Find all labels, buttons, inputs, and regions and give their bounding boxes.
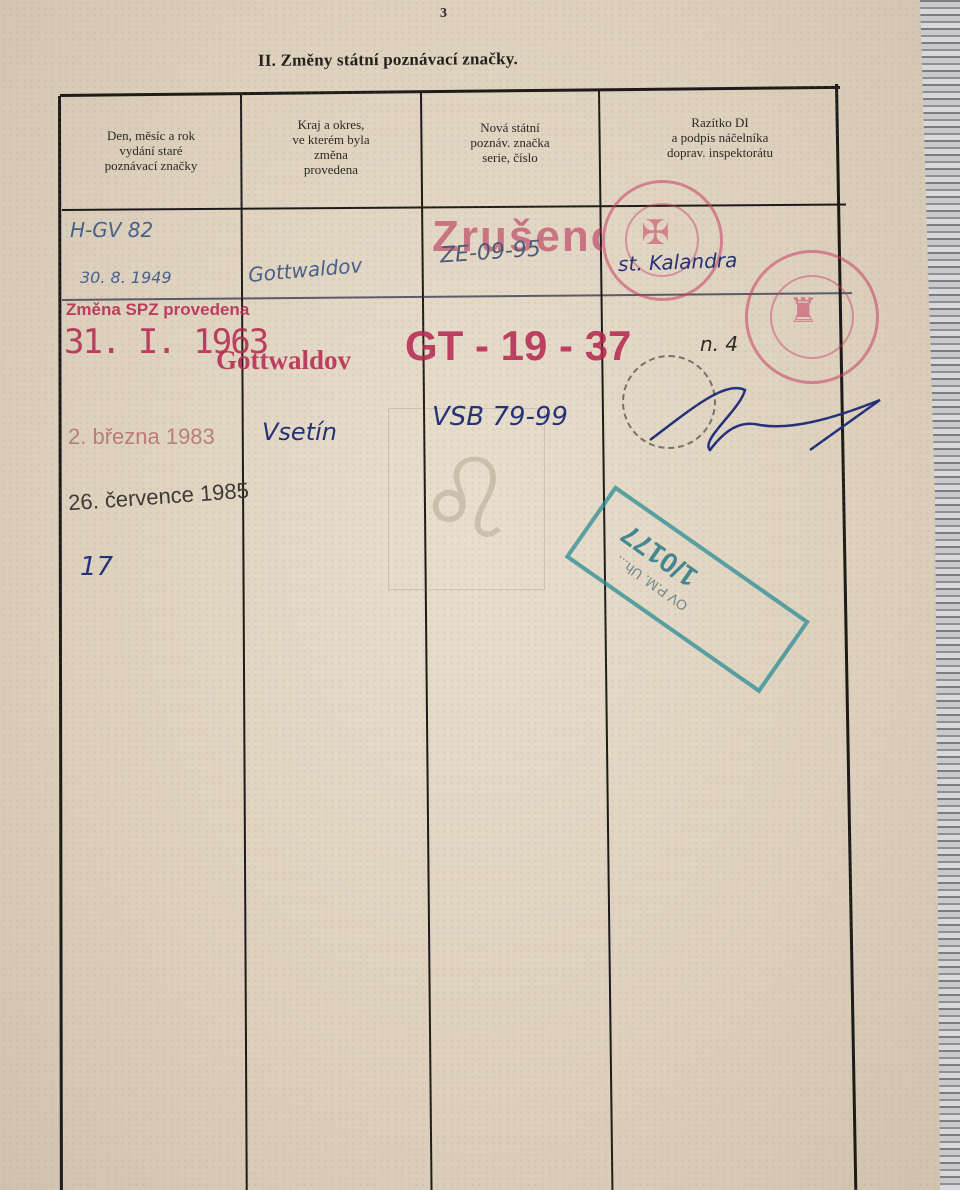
header-line: Den, měsíc a rok [64,128,238,143]
lion-watermark-icon: ♌ [388,408,545,590]
column-border-left [58,96,63,1190]
header-line: provedena [244,162,418,177]
page-number: 3 [440,6,447,22]
row2-new-plate: GT - 19 - 37 [405,322,631,370]
row3-new-plate: VSB 79-99 [432,402,568,432]
header-line: doprav. inspektorátu [604,145,836,160]
header-stamp-signature: Razítko DI a podpis náčelníka doprav. in… [604,115,836,160]
row1-district: Gottwaldov [247,253,363,287]
lion-crest-icon: ♜ [788,291,818,331]
column-border-2 [420,93,433,1190]
change-performed-stamp: Změna SPZ provedena [66,300,249,320]
round-stamp-red-2: ♜ [745,250,879,384]
table-top-border [60,86,840,97]
row4-date: 26. července 1985 [67,478,249,517]
section-title: II. Změny státní poznávací značky. [258,49,518,71]
header-line: poznávací značky [64,158,238,173]
header-line: změna [244,147,418,162]
row3-district: Vsetín [262,418,337,446]
header-line: a podpis náčelníka [604,130,836,145]
header-line: ve kterém byla [244,132,418,147]
header-line: Razítko DI [604,115,836,130]
old-plate-date: 30. 8. 1949 [80,268,172,287]
signature-stroke [630,370,890,470]
header-line: vydání staré [64,143,238,158]
row4-note: 17 [80,552,113,582]
column-border-1 [240,95,248,1190]
row1-signature: st. Kalandra [618,248,738,276]
row2-district: Gottwaldov [216,345,351,376]
row2-signature: n. 4 [700,332,738,356]
header-old-plate-date: Den, měsíc a rok vydání staré poznávací … [64,128,238,173]
header-line: poznáv. značka [424,135,596,150]
column-border-right [835,84,857,1190]
old-plate-value: H-GV 82 [70,218,153,242]
header-bottom-border [62,204,846,211]
row3-date: 2. března 1983 [68,424,215,450]
header-new-plate: Nová státní poznáv. značka serie, číslo [424,120,596,165]
document-page: 3 II. Změny státní poznávací značky. Den… [0,0,940,1190]
round-stamp-red-1: ✠ [602,180,723,301]
header-line: Kraj a okres, [244,117,418,132]
rectangular-stamp-teal: 1/0177 OV P.M. Uh... [565,485,810,694]
header-district: Kraj a okres, ve kterém byla změna prove… [244,117,418,177]
header-line: Nová státní [424,120,596,135]
header-line: serie, číslo [424,150,596,165]
eagle-crest-icon: ✠ [641,213,670,253]
